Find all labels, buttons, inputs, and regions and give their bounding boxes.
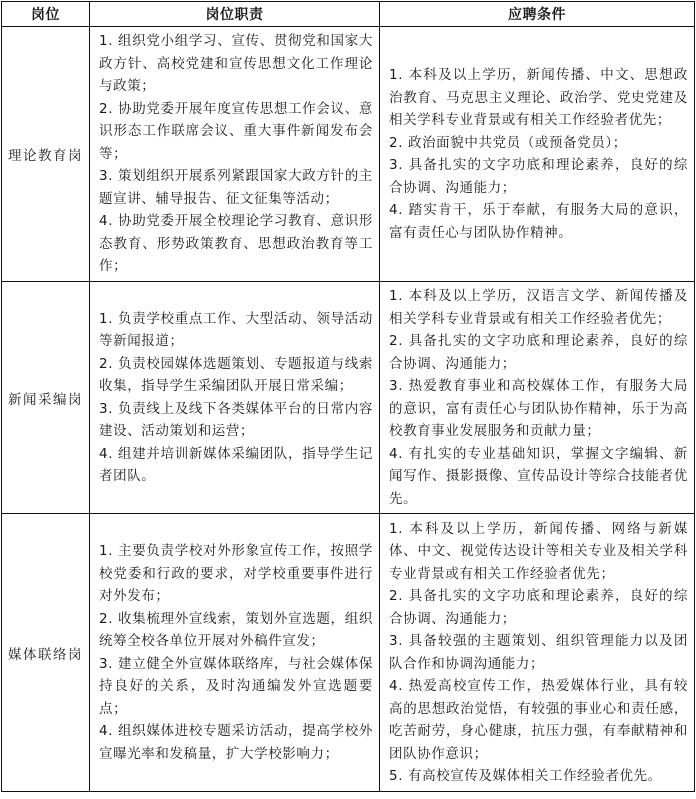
job-positions-table: 岗位 岗位职责 应聘条件 理论教育岗 1. 组织党小组学习、宣传、贯彻党和国家大… [1,1,695,792]
duty-item: 2. 负责校园媒体选题策划、专题报道与线索收集，指导学生采编团队开展日常采编； [99,353,373,398]
table-row: 新闻采编岗 1. 负责学校重点工作、大型活动、领导活动等新闻报道； 2. 负责校… [2,282,695,514]
duty-item: 4. 协助党委开展全校理论学习教育、意识形态教育、形势政策教育、思想政治教育等工… [99,210,373,278]
duty-item: 1. 负责学校重点工作、大型活动、领导活动等新闻报道； [99,308,373,353]
duty-item: 4. 组织媒体进校专题采访活动，提高学校外宣曝光率和发稿量，扩大学校影响力； [99,720,373,765]
duty-item: 2. 协助党委开展年度宣传思想工作会议、意识形态工作联席会议、重大事件新闻发布会… [99,98,373,166]
requirement-item: 2. 具备扎实的文字功底和理论素养，良好的综合协调、沟通能力； [389,585,688,630]
duty-item: 1. 组织党小组学习、宣传、贯彻党和国家大政方针、高校党建和宣传思想文化工作理论… [99,30,373,98]
requirement-item: 1. 本科及以上学历，新闻传播、网络与新媒体、中文、视觉传达设计等相关专业及相关… [389,518,688,586]
duties-cell: 1. 主要负责学校对外形象宣传工作，按照学校党委和行政的要求，对学校重要事件进行… [90,514,380,792]
post-name-cell: 理论教育岗 [2,27,90,282]
duty-item: 2. 收集梳理外宣线索，策划外宣选题，组织统筹全校各单位开展对外稿件宣发； [99,608,373,653]
duty-item: 4. 组建并培训新媒体采编团队，指导学生记者团队。 [99,443,373,488]
table-row: 理论教育岗 1. 组织党小组学习、宣传、贯彻党和国家大政方针、高校党建和宣传思想… [2,27,695,282]
duty-item: 1. 主要负责学校对外形象宣传工作，按照学校党委和行政的要求，对学校重要事件进行… [99,540,373,608]
duties-cell: 1. 组织党小组学习、宣传、贯彻党和国家大政方针、高校党建和宣传思想文化工作理论… [90,27,380,282]
requirement-item: 2. 政治面貌中共党员（或预备党员）； [389,132,688,155]
requirement-item: 3. 具备扎实的文字功底和理论素养，良好的综合协调、沟通能力； [389,154,688,199]
requirement-item: 3. 热爱教育事业和高校媒体工作，有服务大局的意识，富有责任心与团队协作精神，乐… [389,375,688,443]
table-header-row: 岗位 岗位职责 应聘条件 [2,2,695,27]
duty-item: 3. 策划组织开展系列紧跟国家大政方针的主题宣讲、辅导报告、征文征集等活动； [99,165,373,210]
requirement-item: 4. 有扎实的专业基础知识，掌握文字编辑、新闻写作、摄影摄像、宣传品设计等综合技… [389,443,688,511]
duties-cell: 1. 负责学校重点工作、大型活动、领导活动等新闻报道； 2. 负责校园媒体选题策… [90,282,380,514]
duty-item: 3. 负责线上及线下各类媒体平台的日常内容建设、活动策划和运营； [99,398,373,443]
requirement-item: 1. 本科及以上学历，汉语言文学、新闻传播及相关学科专业背景或有相关工作经验者优… [389,285,688,330]
requirements-cell: 1. 本科及以上学历，汉语言文学、新闻传播及相关学科专业背景或有相关工作经验者优… [380,282,695,514]
requirements-cell: 1. 本科及以上学历，新闻传播、中文、思想政治教育、马克思主义理论、政治学、党史… [380,27,695,282]
requirement-item: 5. 有高校宣传及媒体相关工作经验者优先。 [389,765,688,788]
post-name-cell: 新闻采编岗 [2,282,90,514]
requirements-cell: 1. 本科及以上学历，新闻传播、网络与新媒体、中文、视觉传达设计等相关专业及相关… [380,514,695,792]
requirement-item: 4. 热爱高校宣传工作，热爱媒体行业，具有较高的思想政治觉悟，有较强的事业心和责… [389,675,688,765]
requirement-item: 2. 具备扎实的文字功底和理论素养，良好的综合协调、沟通能力； [389,330,688,375]
header-requirements: 应聘条件 [380,2,695,27]
duty-item: 3. 建立健全外宣媒体联络库，与社会媒体保持良好的关系，及时沟通编发外宣选题要点… [99,653,373,721]
requirement-item: 1. 本科及以上学历，新闻传播、中文、思想政治教育、马克思主义理论、政治学、党史… [389,64,688,132]
post-name-cell: 媒体联络岗 [2,514,90,792]
header-duties: 岗位职责 [90,2,380,27]
table-row: 媒体联络岗 1. 主要负责学校对外形象宣传工作，按照学校党委和行政的要求，对学校… [2,514,695,792]
header-post: 岗位 [2,2,90,27]
requirement-item: 4. 踏实肯干，乐于奉献，有服务大局的意识，富有责任心与团队协作精神。 [389,199,688,244]
requirement-item: 3. 具备较强的主题策划、组织管理能力以及团队合作和协调沟通能力； [389,630,688,675]
